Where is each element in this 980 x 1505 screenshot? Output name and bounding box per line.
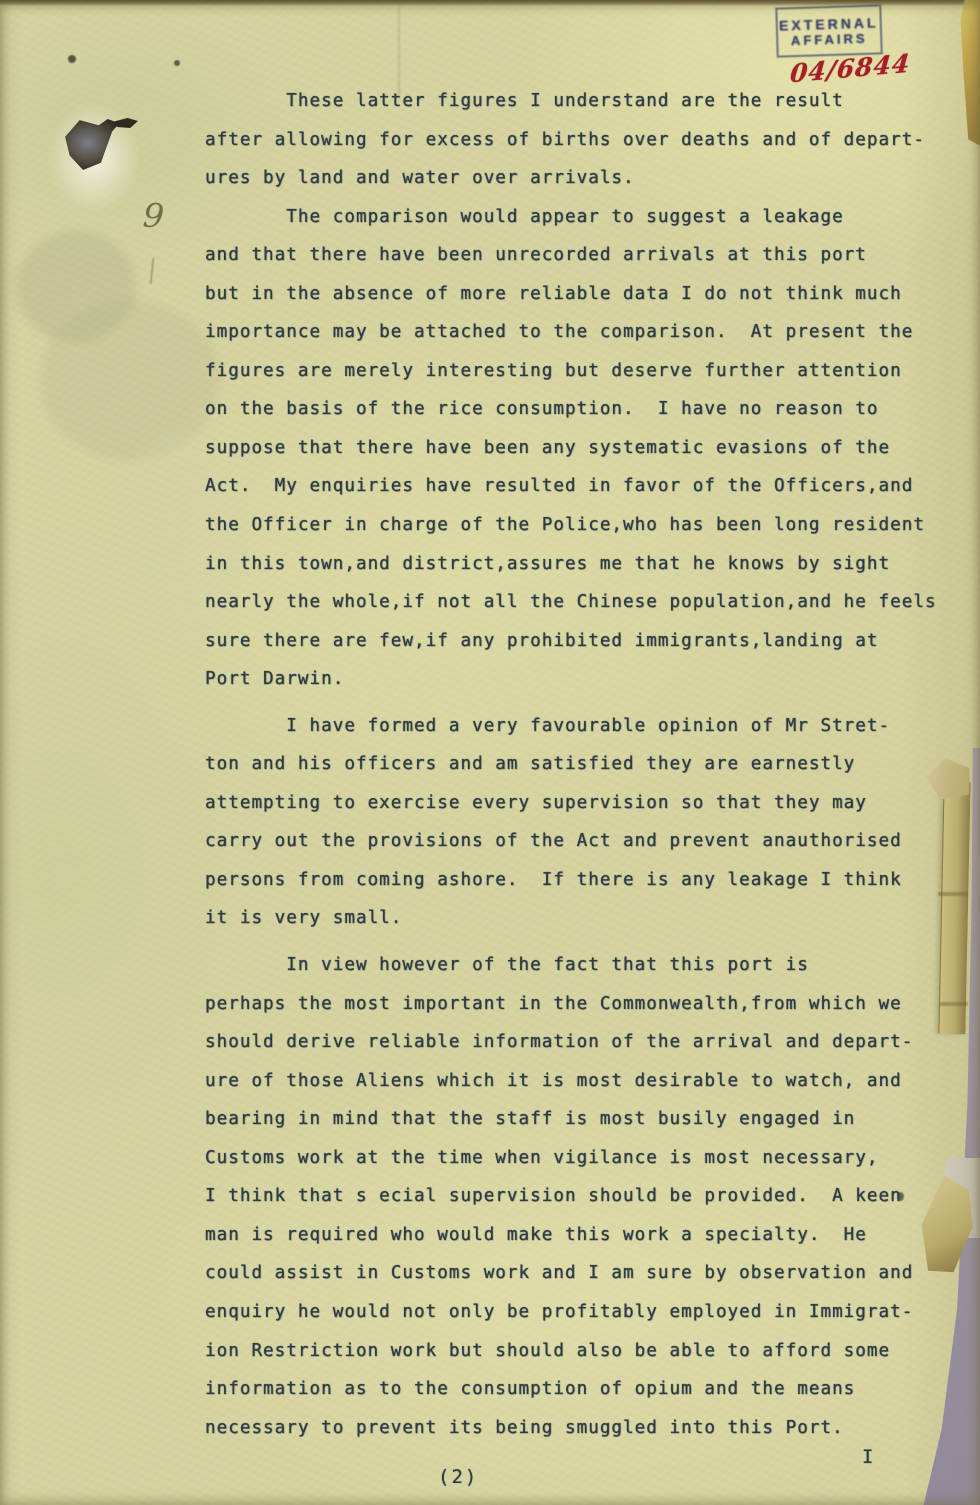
typed-line: ures by land and water over arrivals. xyxy=(205,159,950,198)
typed-line: ure of those Aliens which it is most des… xyxy=(205,1062,950,1101)
section-mark: I xyxy=(862,1446,873,1468)
typed-line: importance may be attached to the compar… xyxy=(205,313,950,352)
margin-mark-stroke xyxy=(150,258,155,284)
typed-line: ton and his officers and am satisfied th… xyxy=(205,745,950,784)
external-affairs-stamp: EXTERNAL AFFAIRS xyxy=(775,4,883,57)
typed-line: attempting to exercise every supervision… xyxy=(205,784,950,823)
typed-line: persons from coming ashore. If there is … xyxy=(205,861,950,900)
typed-line: Act. My enquiries have resulted in favor… xyxy=(205,467,950,506)
typed-line: enquiry he would not only be profitably … xyxy=(205,1293,950,1332)
typed-line: the Officer in charge of the Police,who … xyxy=(205,506,950,545)
typed-line: man is required who would make this work… xyxy=(205,1216,950,1255)
typed-line: but in the absence of more reliable data… xyxy=(205,275,950,314)
margin-mark-9: 9 xyxy=(142,195,166,235)
fold-crease xyxy=(938,892,968,896)
typed-line: in this town,and district,assures me tha… xyxy=(205,545,950,584)
typed-line: on the basis of the rice consumption. I … xyxy=(205,390,950,429)
typed-line: Customs work at the time when vigilance … xyxy=(205,1139,950,1178)
typed-line: These latter figures I understand are th… xyxy=(205,82,950,121)
typed-line: after allowing for excess of births over… xyxy=(205,121,950,160)
typed-line: should derive reliable information of th… xyxy=(205,1023,950,1062)
typed-line: I have formed a very favourable opinion … xyxy=(205,707,950,746)
typed-line: necessary to prevent its being smuggled … xyxy=(205,1409,950,1448)
typed-line: ion Restriction work but should also be … xyxy=(205,1332,950,1371)
paper-speck xyxy=(174,60,180,66)
paper-speck xyxy=(68,55,76,63)
torn-right-edge-fold xyxy=(938,782,970,1035)
typed-line: figures are merely interesting but deser… xyxy=(205,352,950,391)
typed-line: could assist in Customs work and I am su… xyxy=(205,1254,950,1293)
typed-line: nearly the whole,if not all the Chinese … xyxy=(205,583,950,622)
typed-line: bearing in mind that the staff is most b… xyxy=(205,1100,950,1139)
fold-crease xyxy=(940,1002,968,1006)
typed-line: it is very small. xyxy=(205,899,950,938)
typed-line: sure there are few,if any prohibited imm… xyxy=(205,622,950,661)
typed-text-body: These latter figures I understand are th… xyxy=(205,82,950,1447)
typed-line: In view however of the fact that this po… xyxy=(205,946,950,985)
typed-line: carry out the provisions of the Act and … xyxy=(205,822,950,861)
typed-line: and that there have been unrecorded arri… xyxy=(205,236,950,275)
typed-line: Port Darwin. xyxy=(205,660,950,699)
stamp-line2: AFFAIRS xyxy=(791,30,868,47)
typed-line: information as to the consumption of opi… xyxy=(205,1370,950,1409)
document-page: EXTERNAL AFFAIRS 04/6844 9 These latter … xyxy=(0,0,980,1505)
typed-line: The comparison would appear to suggest a… xyxy=(205,198,950,237)
typed-line: suppose that there have been any systema… xyxy=(205,429,950,468)
typed-line: perhaps the most important in the Common… xyxy=(205,985,950,1024)
page-number: (2) xyxy=(438,1466,478,1488)
typed-line: I think that s ecial supervision should … xyxy=(205,1177,950,1216)
